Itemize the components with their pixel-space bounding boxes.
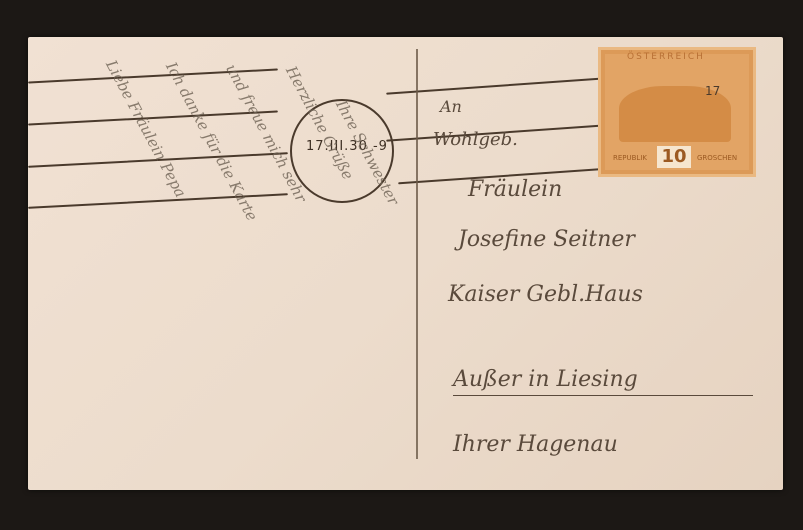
address-line: An xyxy=(440,97,462,116)
address-line: Außer in Liesing xyxy=(453,367,638,392)
address-line: Josefine Seitner xyxy=(458,227,635,252)
address-line: Wohlgeb. xyxy=(433,129,518,150)
cancel-line xyxy=(386,77,606,94)
postage-stamp: ÖSTERREICH 17 REPUBLIK 10 GROSCHEN xyxy=(598,47,756,177)
address-line: Kaiser Gebl.Haus xyxy=(448,282,643,307)
stamp-left-label: REPUBLIK xyxy=(613,154,647,162)
stamp-right-label: GROSCHEN xyxy=(697,154,737,162)
address-line: Fräulein xyxy=(468,177,562,202)
address-underline xyxy=(453,395,753,396)
stamp-postmark: 17 xyxy=(705,84,720,98)
stamp-country: ÖSTERREICH xyxy=(627,52,705,62)
postcard: 17.III.30 -9 ÖSTERREICH 17 REPUBLIK 10 G… xyxy=(28,37,783,490)
stamp-value: 10 xyxy=(657,146,691,168)
center-divider xyxy=(416,49,418,459)
address-line: Ihrer Hagenau xyxy=(453,432,618,457)
